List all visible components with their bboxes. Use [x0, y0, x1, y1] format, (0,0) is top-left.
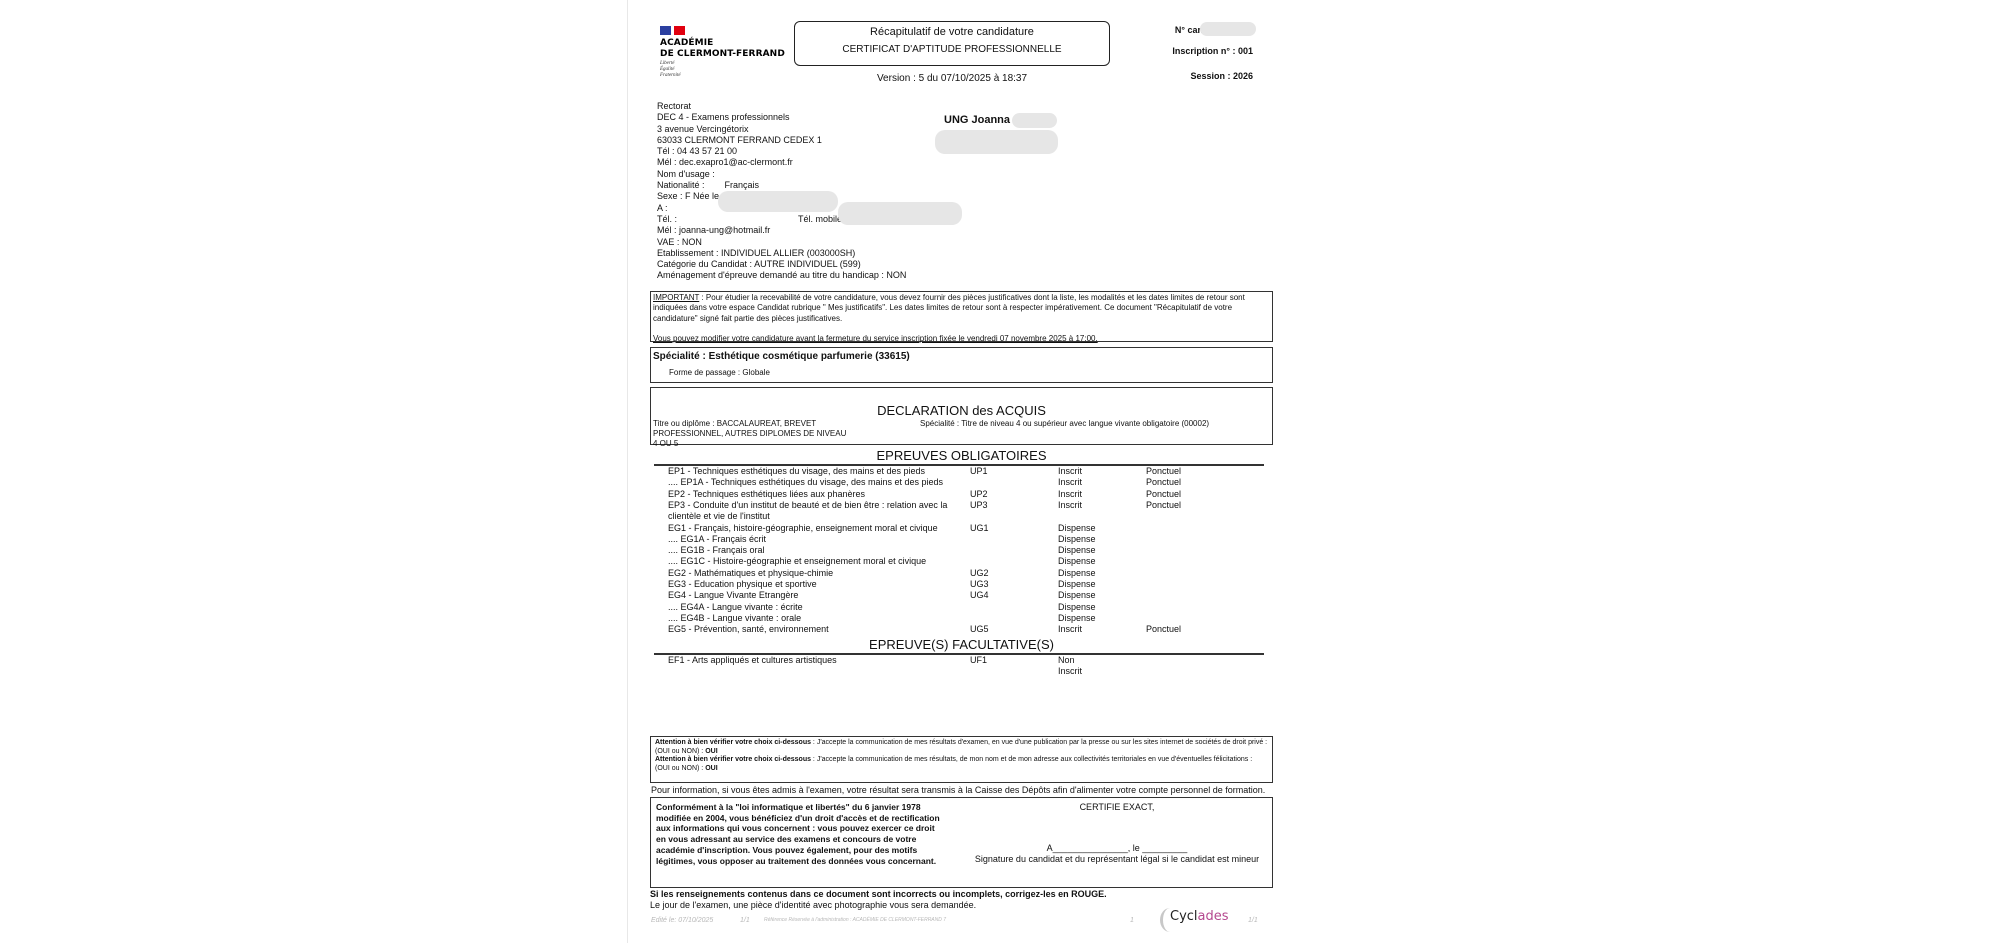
exam-name: .... EG1C - Histoire-géographie et ensei… — [668, 556, 968, 567]
rectorat-phone: Tél : 04 43 57 21 00 — [657, 146, 906, 157]
consent-value: OUI — [705, 748, 717, 755]
version: Version : 5 du 07/10/2025 à 18:37 — [794, 73, 1110, 84]
nationalite-value: Français — [725, 180, 760, 190]
consent-label: Attention à bien vérifier votre choix ci… — [655, 739, 811, 746]
id-notice: Le jour de l'examen, une pièce d'identit… — [650, 900, 976, 910]
redacted-candidate-number — [1200, 22, 1256, 36]
nom-usage: Nom d'usage : — [657, 169, 906, 180]
consent-box: Attention à bien vérifier votre choix ci… — [650, 736, 1273, 783]
redacted-birthdate — [718, 191, 838, 212]
logo-motto: Liberté Égalité Fraternité — [660, 61, 792, 79]
exam-name: EG5 - Prévention, santé, environnement — [668, 624, 968, 635]
correction-warning: Si les renseignements contenus dans ce d… — [650, 889, 1107, 899]
rectorat-line: Rectorat — [657, 101, 906, 112]
logo-line2: DE CLERMONT-FERRAND — [660, 49, 792, 60]
exam-status: Inscrit — [1058, 500, 1082, 511]
exam-mode: Ponctuel — [1146, 500, 1181, 511]
consent-label: Attention à bien vérifier votre choix ci… — [655, 756, 811, 763]
redacted-name — [1012, 113, 1057, 128]
rectorat-line: 3 avenue Vercingétorix — [657, 124, 906, 135]
logo-line1: ACADÉMIE — [660, 38, 792, 49]
session: Session : 2026 — [1190, 71, 1253, 81]
candidate-email: Mél : joanna-ung@hotmail.fr — [657, 225, 906, 236]
cnil-notice: Conformément à la "loi informatique et l… — [656, 802, 946, 866]
footer-page: 1/1 — [740, 917, 750, 924]
etablissement: Etablissement : INDIVIDUEL ALLIER (00300… — [657, 248, 906, 259]
cnil-signature-box: Conformément à la "loi informatique et l… — [650, 797, 1273, 888]
document-title-box: Récapitulatif de votre candidature CERTI… — [794, 21, 1110, 66]
candidate-name: UNG Joanna — [944, 114, 1010, 126]
exam-name: .... EG4B - Langue vivante : orale — [668, 613, 968, 624]
amenagement: Aménagement d'épreuve demandé au titre d… — [657, 270, 906, 281]
exam-status: Inscrit — [1058, 466, 1082, 477]
specialite-box: Spécialité : Esthétique cosmétique parfu… — [650, 347, 1273, 383]
important-label: IMPORTANT — [653, 293, 699, 302]
document-title: Récapitulatif de votre candidature — [795, 26, 1109, 38]
exam-name: EP1 - Techniques esthétiques du visage, … — [668, 466, 968, 477]
exam-mode: Ponctuel — [1146, 477, 1181, 488]
modification-deadline: Vous pouvez modifier votre candidature a… — [653, 334, 1270, 344]
inscription-number: Inscription n° : 001 — [1172, 46, 1253, 56]
exam-status: Dispense — [1058, 590, 1096, 601]
exam-status: Dispense — [1058, 523, 1096, 534]
exam-unit: UP3 — [970, 500, 988, 511]
brand-part-b: ades — [1198, 909, 1229, 924]
exam-name: EG3 - Education physique et sportive — [668, 579, 968, 590]
exam-mode: Ponctuel — [1146, 466, 1181, 477]
exam-name: .... EG4A - Langue vivante : écrite — [668, 602, 968, 613]
exam-name: EG4 - Langue Vivante Etrangère — [668, 590, 968, 601]
exam-name: .... EG1B - Français oral — [668, 545, 968, 556]
exam-status: Dispense — [1058, 602, 1096, 613]
footer-page2: 1/1 — [1248, 917, 1258, 924]
exam-name: EP3 - Conduite d'un institut de beauté e… — [668, 500, 968, 523]
exam-name: EF1 - Arts appliqués et cultures artisti… — [668, 655, 968, 666]
signature-place-date[interactable]: A_______________, le _________ — [961, 843, 1273, 853]
document-subtitle: CERTIFICAT D'APTITUDE PROFESSIONNELLE — [795, 44, 1109, 55]
exam-unit: UF1 — [970, 655, 987, 666]
exam-unit: UG1 — [970, 523, 989, 534]
redacted-address — [935, 130, 1058, 154]
declaration-acquis-box: DECLARATION des ACQUIS Titre ou diplôme … — [650, 387, 1273, 445]
rectorat-line: 63033 CLERMONT FERRAND CEDEX 1 — [657, 135, 906, 146]
exam-unit: UG3 — [970, 579, 989, 590]
categorie: Catégorie du Candidat : AUTRE INDIVIDUEL… — [657, 259, 906, 270]
acquis-title: DECLARATION des ACQUIS — [651, 403, 1272, 418]
certifie-exact: CERTIFIE EXACT, — [961, 802, 1273, 812]
brand-part-a: Cycl — [1170, 909, 1198, 924]
exam-unit: UG5 — [970, 624, 989, 635]
exam-name: .... EG1A - Français écrit — [668, 534, 968, 545]
consent-value: OUI — [705, 765, 717, 772]
french-flag-icon — [660, 26, 792, 35]
vae: VAE : NON — [657, 237, 906, 248]
important-text: : Pour étudier la recevabilité de votre … — [653, 293, 1245, 323]
forme-passage: Forme de passage : Globale — [669, 367, 1270, 378]
exam-name: EP2 - Techniques esthétiques liées aux p… — [668, 489, 968, 500]
important-notice: IMPORTANT : Pour étudier la recevabilité… — [650, 291, 1273, 342]
redacted-mobile — [838, 202, 962, 225]
exam-name: .... EP1A - Techniques esthétiques du vi… — [668, 477, 968, 488]
signature-caption: Signature du candidat et du représentant… — [961, 854, 1273, 864]
footer-num: 1 — [1130, 917, 1134, 924]
rectorat-email: Mél : dec.exapro1@ac-clermont.fr — [657, 157, 906, 168]
exam-unit: UP2 — [970, 489, 988, 500]
exam-name: EG2 - Mathématiques et physique-chimie — [668, 568, 968, 579]
exam-status: Inscrit — [1058, 477, 1082, 488]
exam-status: Dispense — [1058, 556, 1096, 567]
rectorat-line: DEC 4 - Examens professionnels — [657, 112, 906, 123]
academy-logo: ACADÉMIE DE CLERMONT-FERRAND Liberté Éga… — [660, 26, 792, 88]
exam-mode: Ponctuel — [1146, 624, 1181, 635]
epreuves-facultatives-title: EPREUVE(S) FACULTATIVE(S) — [650, 637, 1273, 652]
exam-status: Dispense — [1058, 579, 1096, 590]
info-caisse-depots: Pour information, si vous êtes admis à l… — [651, 785, 1265, 795]
cyclades-brand: Cyclades — [1170, 909, 1229, 924]
specialite-title: Spécialité : Esthétique cosmétique parfu… — [653, 351, 1270, 362]
acquis-diplome: Titre ou diplôme : BACCALAUREAT, BREVET … — [653, 419, 848, 449]
nationalite: Nationalité :Français — [657, 180, 906, 191]
epreuves-obligatoires-title: EPREUVES OBLIGATOIRES — [650, 448, 1273, 463]
exam-status: Inscrit — [1058, 624, 1082, 635]
exam-mode: Ponctuel — [1146, 489, 1181, 500]
exam-status: Dispense — [1058, 545, 1096, 556]
consent-presse: Attention à bien vérifier votre choix ci… — [655, 739, 1268, 756]
motto-fraternite: Fraternité — [660, 73, 792, 79]
page-edge — [627, 0, 628, 943]
footer-reference: Référence Réservée à l'administration : … — [764, 917, 946, 923]
exam-unit: UP1 — [970, 466, 988, 477]
footer-edited: Edité le: 07/10/2025 — [651, 917, 713, 924]
exam-unit: UG2 — [970, 568, 989, 579]
exam-status: Inscrit — [1058, 489, 1082, 500]
exam-status: Dispense — [1058, 568, 1096, 579]
tel-label: Tél. : — [657, 214, 677, 224]
consent-collectivites: Attention à bien vérifier votre choix ci… — [655, 756, 1268, 773]
exam-status: Dispense — [1058, 534, 1096, 545]
nationalite-label: Nationalité : — [657, 180, 705, 190]
exam-status: Dispense — [1058, 613, 1096, 624]
exam-unit: UG4 — [970, 590, 989, 601]
exam-status: Non Inscrit — [1058, 655, 1082, 678]
acquis-specialite: Spécialité : Titre de niveau 4 ou supéri… — [920, 419, 1209, 429]
exam-name: EG1 - Français, histoire-géographie, ens… — [668, 523, 968, 534]
